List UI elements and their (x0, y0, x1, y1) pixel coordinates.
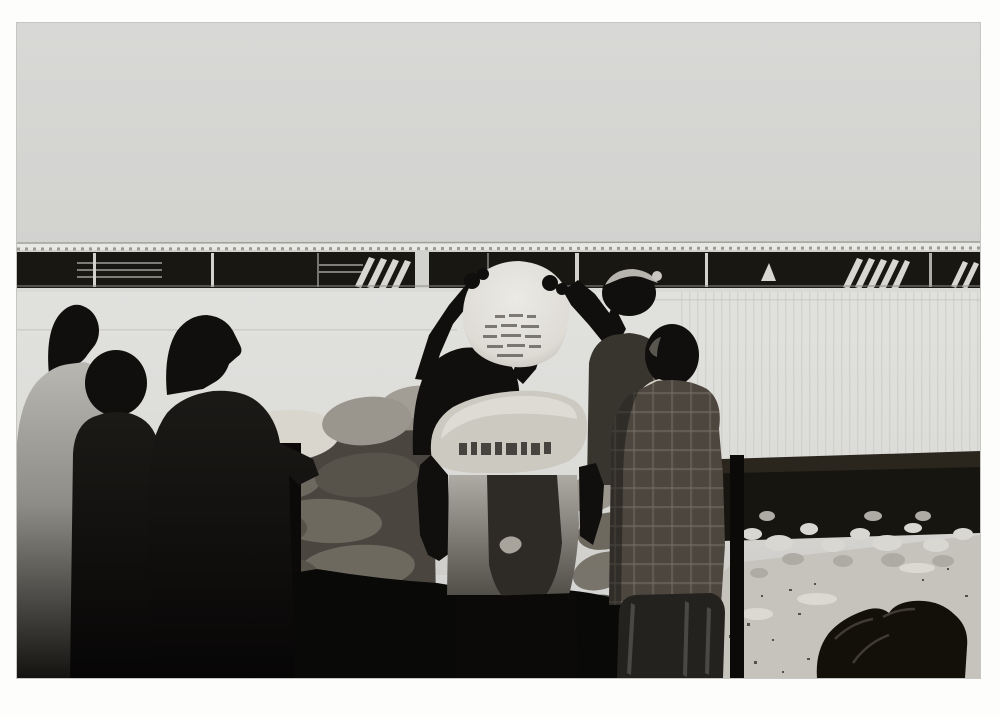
vent-gap-wide (415, 252, 429, 288)
wall-corrugation (677, 288, 980, 463)
vent-mullion (705, 253, 708, 287)
carrier-legs (455, 593, 579, 678)
boy-head (85, 350, 147, 416)
vent-mullion (929, 253, 932, 287)
sky (17, 23, 980, 255)
gripping-hand (542, 275, 558, 291)
headwrap-knot (652, 271, 662, 281)
vent-mullion (211, 253, 214, 287)
photograph (17, 23, 980, 678)
gripping-hand (477, 268, 489, 280)
fence-post (730, 455, 744, 678)
roof-corrugation-ticks (17, 248, 980, 249)
photo-canvas (17, 23, 980, 678)
plaid-man-head (645, 324, 699, 386)
vent-mullion (317, 253, 319, 287)
